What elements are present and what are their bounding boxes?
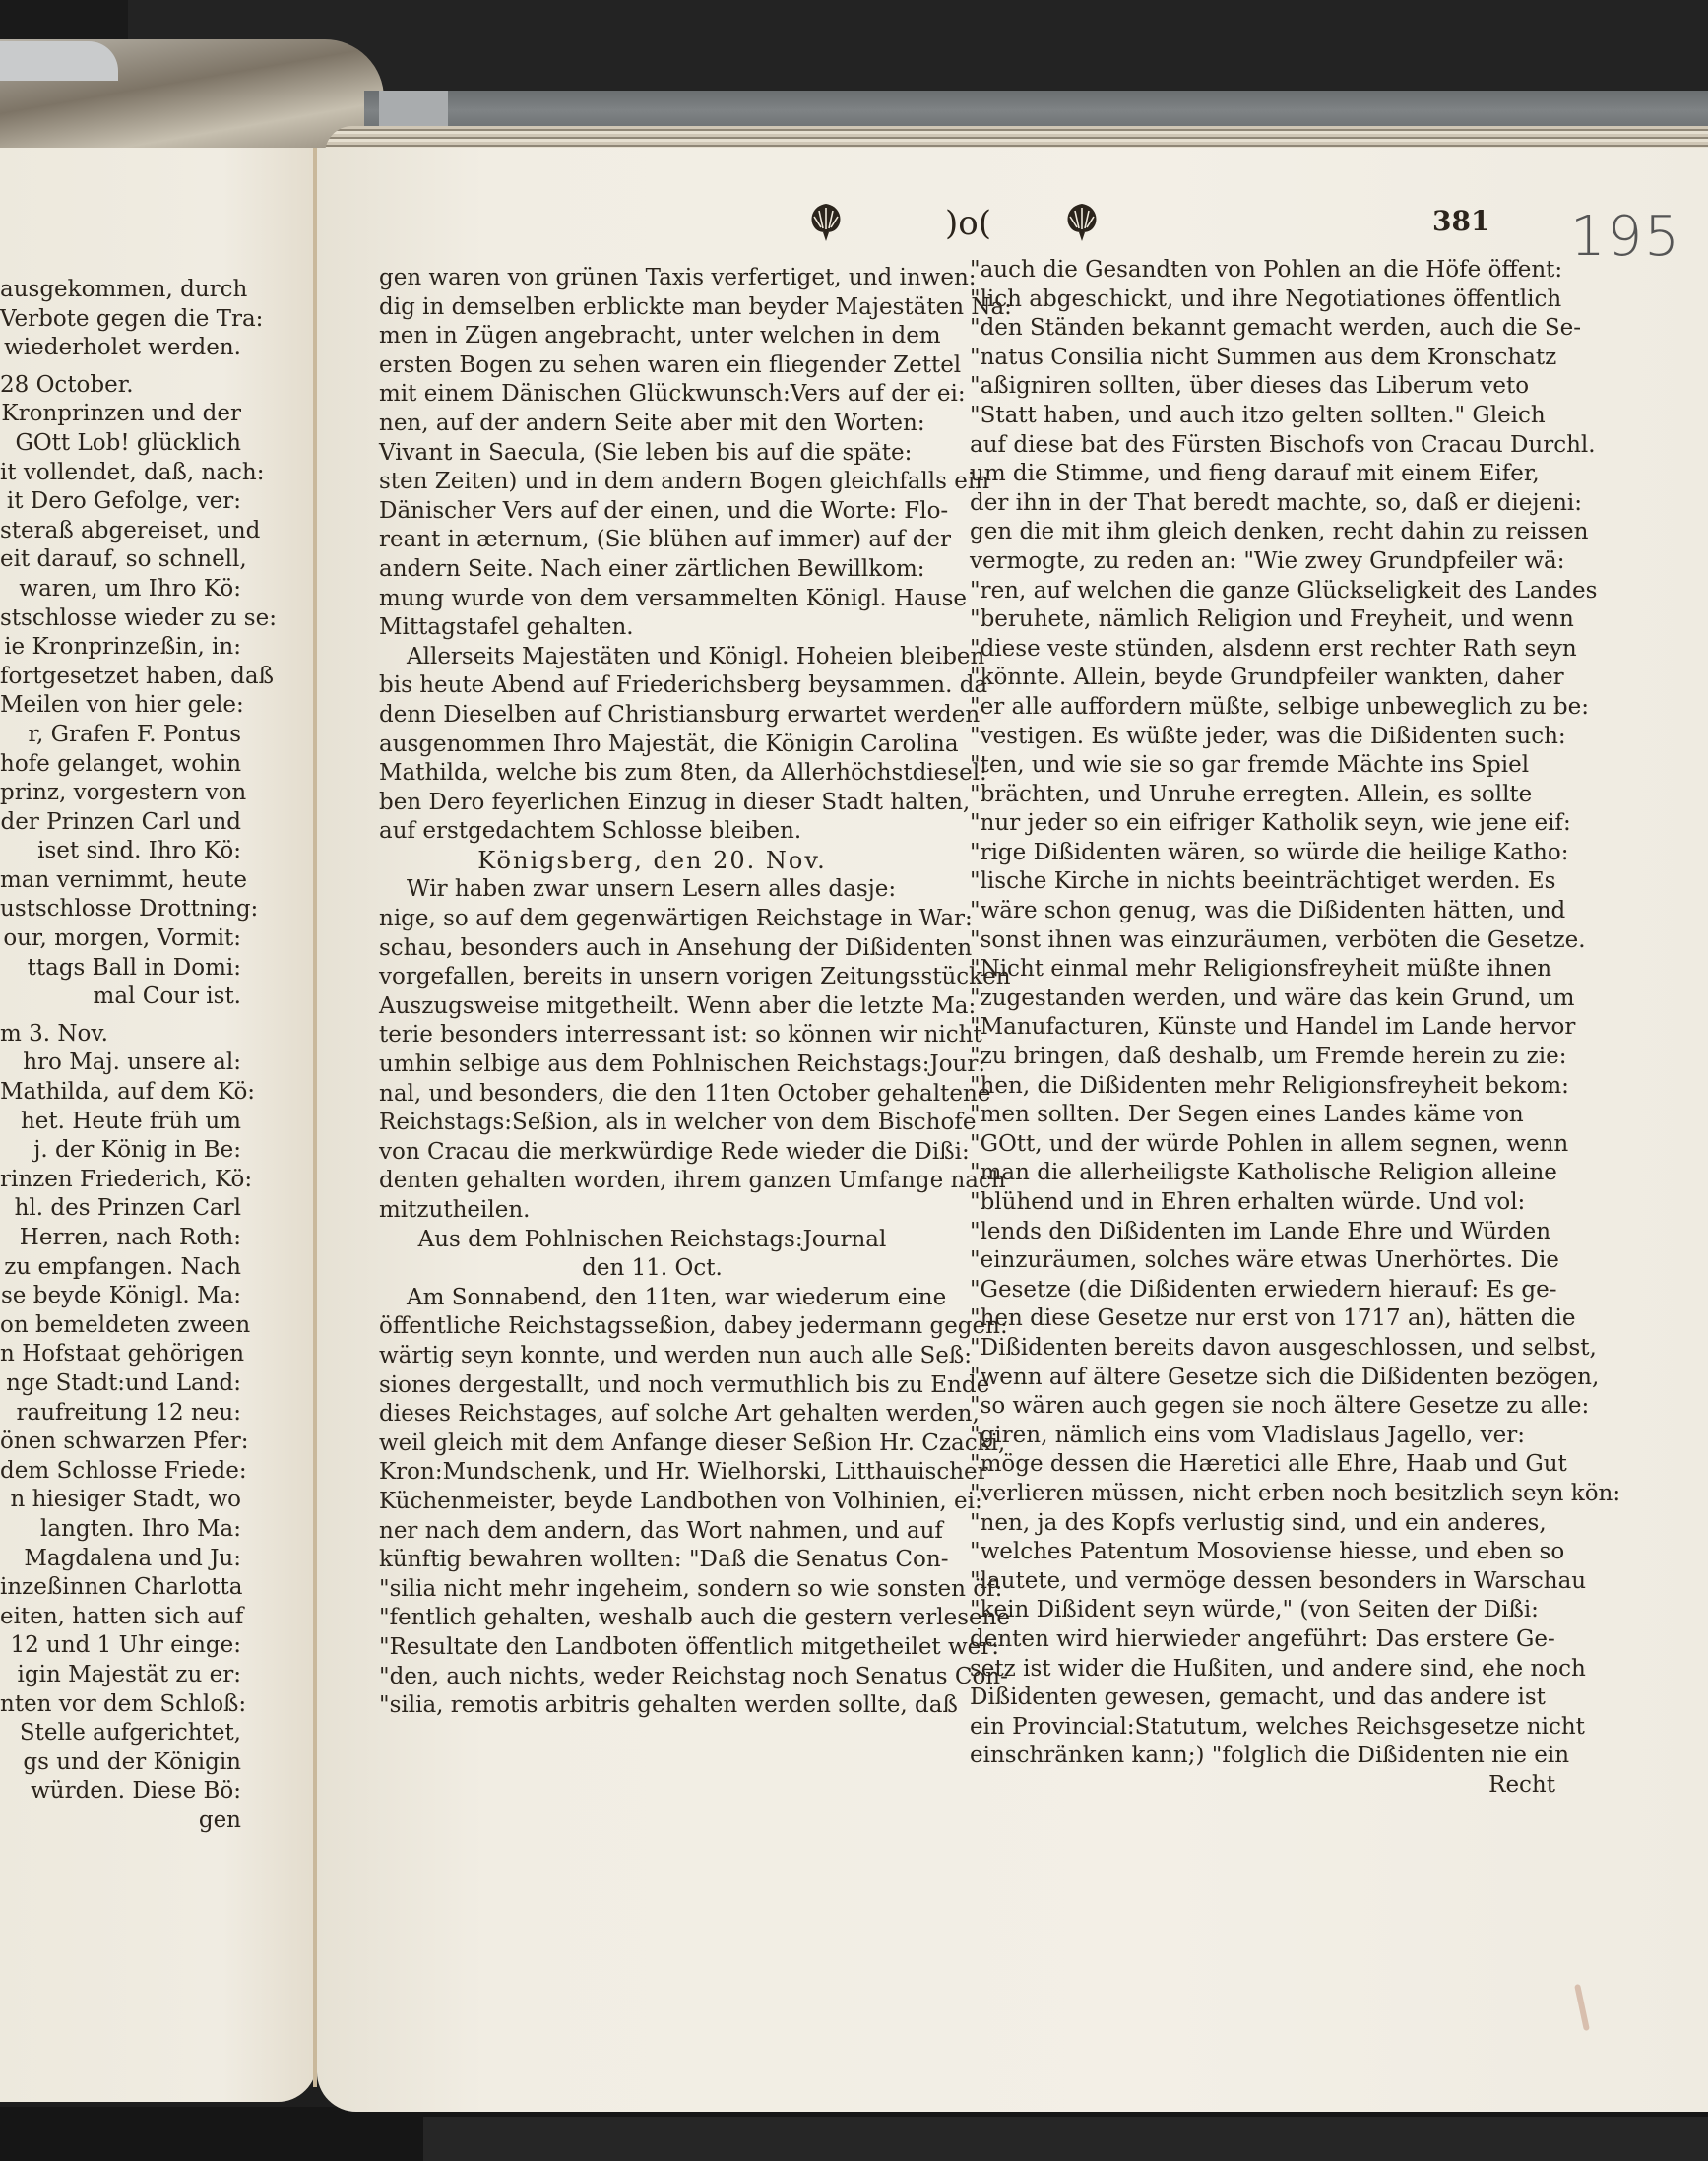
text-line: GOtt Lob! glücklich bbox=[0, 429, 241, 459]
text-line: dig in demselben erblickte man beyder Ma… bbox=[379, 293, 925, 323]
text-line: ie Kronprinzeßin, in: bbox=[0, 633, 241, 663]
text-line: um die Stimme, und fieng darauf mit eine… bbox=[970, 460, 1555, 489]
catchword: gen bbox=[0, 1807, 241, 1836]
text-line: "Gesetze (die Dißidenten erwiedern hiera… bbox=[970, 1276, 1555, 1305]
paragraph: Wir haben zwar unsern Lesern alles dasje… bbox=[379, 875, 925, 1225]
text-line: mit einem Dänischen Glückwunsch:Vers auf… bbox=[379, 380, 925, 410]
text-line: öffentliche Reichstagsseßion, dabey jede… bbox=[379, 1312, 925, 1342]
text-line: andern Seite. Nach einer zärtlichen Bewi… bbox=[379, 555, 925, 585]
section-heading-koenigsberg: Königsberg, den 20. Nov. bbox=[379, 847, 925, 876]
text-line: Magdalena und Ju: bbox=[0, 1545, 241, 1574]
page-header-ornaments: )o( bbox=[807, 202, 1122, 251]
text-line: auf diese bat des Fürsten Bischofs von C… bbox=[970, 431, 1555, 461]
section-heading-journal-date: den 11. Oct. bbox=[379, 1254, 925, 1284]
text-line: der ihn in der That beredt machte, so, d… bbox=[970, 489, 1555, 519]
text-line: dieses Reichstages, auf solche Art gehal… bbox=[379, 1400, 925, 1430]
text-line: "aßigniren sollten, über dieses das Libe… bbox=[970, 372, 1555, 402]
text-line: önen schwarzen Pfer: bbox=[0, 1428, 241, 1457]
text-line: "nen, ja des Kopfs verlustig sind, und e… bbox=[970, 1509, 1555, 1539]
text-line: ben Dero feyerlichen Einzug in dieser St… bbox=[379, 789, 925, 818]
text-line: "ren, auf welchen die ganze Glückseligke… bbox=[970, 577, 1555, 606]
text-line: "silia, remotis arbitris gehalten werden… bbox=[379, 1691, 925, 1721]
text-line: denn Dieselben auf Christiansburg erwart… bbox=[379, 701, 925, 731]
text-line: hofe gelanget, wohin bbox=[0, 750, 241, 780]
shell-ornament-icon bbox=[807, 202, 845, 243]
text-line: Herren, nach Roth: bbox=[0, 1224, 241, 1253]
catchword: Recht bbox=[970, 1771, 1555, 1801]
text-line: waren, um Ihro Kö: bbox=[0, 575, 241, 604]
text-line: Auszugsweise mitgetheilt. Wenn aber die … bbox=[379, 992, 925, 1022]
text-line: se beyde Königl. Ma: bbox=[0, 1282, 241, 1311]
dateline: 28 October. bbox=[0, 371, 241, 401]
text-line: n hiesiger Stadt, wo bbox=[0, 1486, 241, 1515]
text-line: langten. Ihro Ma: bbox=[0, 1515, 241, 1545]
text-line: von Cracau die merkwürdige Rede wieder d… bbox=[379, 1138, 925, 1168]
text-line: vorgefallen, bereits in unsern vorigen Z… bbox=[379, 963, 925, 992]
text-line: men in Zügen angebracht, unter welchen i… bbox=[379, 322, 925, 351]
text-line: "einzuräumen, solches wäre etwas Unerhör… bbox=[970, 1246, 1555, 1276]
text-line: raufreitung 12 neu: bbox=[0, 1399, 241, 1429]
text-line: Reichstags:Seßion, als in welcher von de… bbox=[379, 1109, 925, 1138]
text-line: it Dero Gefolge, ver: bbox=[0, 487, 241, 517]
text-line: "den Ständen bekannt gemacht werden, auc… bbox=[970, 314, 1555, 344]
middle-column: gen waren von grünen Taxis verfertiget, … bbox=[379, 264, 925, 1721]
text-line: ttags Ball in Domi: bbox=[0, 954, 241, 984]
text-line: "Dißidenten bereits davon ausgeschlossen… bbox=[970, 1334, 1555, 1364]
text-line: "vestigen. Es wüßte jeder, was die Dißid… bbox=[970, 723, 1555, 752]
text-line: hl. des Prinzen Carl bbox=[0, 1194, 241, 1224]
text-line: gs und der Königin bbox=[0, 1748, 241, 1778]
text-line: n Hofstaat gehörigen bbox=[0, 1340, 241, 1369]
text-line: weil gleich mit dem Anfange dieser Seßio… bbox=[379, 1430, 925, 1459]
text-line: Dißidenten gewesen, gemacht, und das and… bbox=[970, 1684, 1555, 1713]
text-line: eit darauf, so schnell, bbox=[0, 545, 241, 575]
text-line: "man die allerheiligste Katholische Reli… bbox=[970, 1159, 1555, 1188]
text-line: "wenn auf ältere Gesetze sich die Dißide… bbox=[970, 1364, 1555, 1393]
binding-cloth-patch bbox=[379, 91, 448, 130]
text-line: nge Stadt:und Land: bbox=[0, 1369, 241, 1399]
text-line: 12 und 1 Uhr einge: bbox=[0, 1631, 241, 1661]
text-line: "welches Patentum Mosoviense hiesse, und… bbox=[970, 1538, 1555, 1567]
text-line: Stelle aufgerichtet, bbox=[0, 1719, 241, 1748]
text-line: "nur jeder so ein eifriger Katholik seyn… bbox=[970, 809, 1555, 839]
text-line: "diese veste stünden, alsdenn erst recht… bbox=[970, 635, 1555, 665]
text-line: nal, und besonders, die den 11ten Octobe… bbox=[379, 1080, 925, 1110]
text-line: it vollendet, daß, nach: bbox=[0, 459, 241, 488]
text-line: "GOtt, und der würde Pohlen in allem seg… bbox=[970, 1130, 1555, 1160]
text-line: der Prinzen Carl und bbox=[0, 808, 241, 838]
binding-cloth-strip bbox=[364, 91, 1708, 130]
text-line: "Statt haben, und auch itzo gelten sollt… bbox=[970, 402, 1555, 431]
text-line: Allerseits Majestäten und Königl. Hoheie… bbox=[379, 643, 925, 672]
text-line: ausgekommen, durch bbox=[0, 276, 241, 305]
text-line: schau, besonders auch in Ansehung der Di… bbox=[379, 934, 925, 964]
text-line: j. der König in Be: bbox=[0, 1136, 241, 1166]
text-line: prinz, vorgestern von bbox=[0, 779, 241, 808]
text-line: "ten, und wie sie so gar fremde Mächte i… bbox=[970, 751, 1555, 781]
text-line: gen waren von grünen Taxis verfertiget, … bbox=[379, 264, 925, 293]
scanner-background-bottom-right bbox=[423, 2117, 1708, 2161]
text-line: siones dergestallt, und noch vermuthlich… bbox=[379, 1371, 925, 1401]
dateline: m 3. Nov. bbox=[0, 1020, 241, 1049]
text-line: ustschlosse Drottning: bbox=[0, 895, 241, 924]
text-line: "könnte. Allein, beyde Grundpfeiler wank… bbox=[970, 664, 1555, 693]
text-line: ausgenommen Ihro Majestät, die Königin C… bbox=[379, 731, 925, 760]
text-line: nige, so auf dem gegenwärtigen Reichstag… bbox=[379, 905, 925, 934]
text-line: auf erstgedachtem Schlosse bleiben. bbox=[379, 817, 925, 847]
text-line: het. Heute früh um bbox=[0, 1108, 241, 1137]
shell-ornament-icon bbox=[1063, 202, 1101, 243]
text-line: "er alle auffordern müßte, selbige unbew… bbox=[970, 693, 1555, 723]
text-line: sten Zeiten) und in dem andern Bogen gle… bbox=[379, 468, 925, 497]
section-heading-journal: Aus dem Pohlnischen Reichstags:Journal bbox=[379, 1226, 925, 1255]
text-line: "Nicht einmal mehr Religionsfreyheit müß… bbox=[970, 955, 1555, 985]
text-line: einschränken kann;) "folglich die Dißide… bbox=[970, 1742, 1555, 1771]
book-gutter bbox=[313, 148, 317, 2087]
text-line: denten gehalten worden, ihrem ganzen Umf… bbox=[379, 1167, 925, 1196]
text-line: "sonst ihnen was einzuräumen, verböten d… bbox=[970, 926, 1555, 956]
text-line: "möge dessen die Hæretici alle Ehre, Haa… bbox=[970, 1450, 1555, 1480]
text-line: "beruhete, nämlich Religion und Freyheit… bbox=[970, 605, 1555, 635]
text-line: eiten, hatten sich auf bbox=[0, 1603, 241, 1632]
text-line: Am Sonnabend, den 11ten, war wiederum ei… bbox=[379, 1284, 925, 1313]
text-line: wiederholet werden. bbox=[0, 334, 241, 363]
text-line: "zu bringen, daß deshalb, um Fremde here… bbox=[970, 1043, 1555, 1072]
left-page-column: ausgekommen, durch Verbote gegen die Tra… bbox=[0, 276, 241, 1835]
text-line: denten wird hierwieder angeführt: Das er… bbox=[970, 1625, 1555, 1655]
text-line: "lich abgeschickt, und ihre Negotiatione… bbox=[970, 286, 1555, 315]
text-line: "den, auch nichts, weder Reichstag noch … bbox=[379, 1663, 925, 1692]
text-line: mitzutheilen. bbox=[379, 1196, 925, 1226]
text-line: ein Provincial:Statutum, welches Reichsg… bbox=[970, 1713, 1555, 1743]
text-line: umhin selbige aus dem Pohlnischen Reichs… bbox=[379, 1050, 925, 1080]
text-line: terie besonders interressant ist: so kön… bbox=[379, 1021, 925, 1050]
text-line: mal Cour ist. bbox=[0, 983, 241, 1012]
text-line: "lische Kirche in nichts beeinträchtiget… bbox=[970, 867, 1555, 897]
text-line: rinzen Friederich, Kö: bbox=[0, 1166, 241, 1195]
text-line: "so wären auch gegen sie noch ältere Ges… bbox=[970, 1392, 1555, 1422]
right-column: "auch die Gesandten von Pohlen an die Hö… bbox=[970, 256, 1555, 1800]
text-line: "hen, die Dißidenten mehr Religionsfreyh… bbox=[970, 1072, 1555, 1102]
text-line: iset sind. Ihro Kö: bbox=[0, 837, 241, 866]
text-line: "hen diese Gesetze nur erst von 1717 an)… bbox=[970, 1304, 1555, 1334]
paragraph: Allerseits Majestäten und Königl. Hoheie… bbox=[379, 643, 925, 847]
text-line: Dänischer Vers auf der einen, und die Wo… bbox=[379, 497, 925, 527]
text-line: Mathilda, welche bis zum 8ten, da Allerh… bbox=[379, 759, 925, 789]
text-line: Wir haben zwar unsern Lesern alles dasje… bbox=[379, 875, 925, 905]
text-line: man vernimmt, heute bbox=[0, 866, 241, 896]
text-line: würden. Diese Bö: bbox=[0, 1777, 241, 1807]
text-line: "Resultate den Landboten öffentlich mitg… bbox=[379, 1633, 925, 1663]
text-line: wärtig seyn konnte, und werden nun auch … bbox=[379, 1342, 925, 1371]
text-line: "lautete, und vermöge dessen besonders i… bbox=[970, 1567, 1555, 1597]
text-line: bis heute Abend auf Friederichsberg beys… bbox=[379, 671, 925, 701]
text-line: "silia nicht mehr ingeheim, sondern so w… bbox=[379, 1575, 925, 1605]
text-line: "verlieren müssen, nicht erben noch besi… bbox=[970, 1480, 1555, 1509]
text-line: "auch die Gesandten von Pohlen an die Hö… bbox=[970, 256, 1555, 286]
text-line: gen die mit ihm gleich denken, recht dah… bbox=[970, 518, 1555, 547]
paragraph: gen waren von grünen Taxis verfertiget, … bbox=[379, 264, 925, 643]
text-line: ner nach dem andern, das Wort nahmen, un… bbox=[379, 1517, 925, 1547]
text-line: "brächten, und Unruhe erregten. Allein, … bbox=[970, 781, 1555, 810]
cloth-band bbox=[0, 41, 118, 81]
text-line: nten vor dem Schloß: bbox=[0, 1690, 241, 1720]
text-line: fortgesetzet haben, daß bbox=[0, 663, 241, 692]
text-line: hro Maj. unsere al: bbox=[0, 1049, 241, 1078]
text-line: künftig bewahren wollten: "Daß die Senat… bbox=[379, 1546, 925, 1575]
text-line: "lends den Dißidenten im Lande Ehre und … bbox=[970, 1218, 1555, 1247]
text-line: igin Majestät zu er: bbox=[0, 1661, 241, 1690]
text-line: "zugestanden werden, und wäre das kein G… bbox=[970, 985, 1555, 1014]
text-line: "rige Dißidenten wären, so würde die hei… bbox=[970, 839, 1555, 868]
text-line: r, Grafen F. Pontus bbox=[0, 721, 241, 750]
text-line: Vivant in Saecula, (Sie leben bis auf di… bbox=[379, 439, 925, 469]
text-line: our, morgen, Vormit: bbox=[0, 924, 241, 954]
archive-stamp-number: 195 bbox=[1570, 205, 1681, 269]
page-number: 381 bbox=[1432, 205, 1489, 237]
text-line: Kronprinzen und der bbox=[0, 400, 241, 429]
text-line: "fentlich gehalten, weshalb auch die ges… bbox=[379, 1604, 925, 1633]
text-line: "kein Dißident seyn würde," (von Seiten … bbox=[970, 1596, 1555, 1625]
text-line: "natus Consilia nicht Summen aus dem Kro… bbox=[970, 344, 1555, 373]
text-line: nen, auf der andern Seite aber mit den W… bbox=[379, 410, 925, 439]
text-line: "blühend und in Ehren erhalten würde. Un… bbox=[970, 1188, 1555, 1218]
text-line: ersten Bogen zu sehen waren ein fliegend… bbox=[379, 351, 925, 381]
text-line: dem Schlosse Friede: bbox=[0, 1457, 241, 1487]
paragraph: Am Sonnabend, den 11ten, war wiederum ei… bbox=[379, 1284, 925, 1721]
text-line: Kron:Mundschenk, und Hr. Wielhorski, Lit… bbox=[379, 1458, 925, 1488]
text-line: Verbote gegen die Tra: bbox=[0, 305, 241, 335]
text-line: "men sollten. Der Segen eines Landes käm… bbox=[970, 1101, 1555, 1130]
text-line: Mittagstafel gehalten. bbox=[379, 613, 925, 643]
text-line: zu empfangen. Nach bbox=[0, 1253, 241, 1283]
text-line: inzeßinnen Charlotta bbox=[0, 1573, 241, 1603]
text-line: Küchenmeister, beyde Landbothen von Volh… bbox=[379, 1488, 925, 1517]
text-line: stschlosse wieder zu se: bbox=[0, 604, 241, 634]
text-line: steraß abgereiset, und bbox=[0, 517, 241, 546]
text-line: on bemeldeten zween bbox=[0, 1311, 241, 1341]
text-line: mung wurde von dem versammelten Königl. … bbox=[379, 585, 925, 614]
text-line: setz ist wider die Hußiten, und andere s… bbox=[970, 1655, 1555, 1684]
text-line: "Manufacturen, Künste und Handel im Land… bbox=[970, 1013, 1555, 1043]
text-line: reant in æternum, (Sie blühen auf immer)… bbox=[379, 526, 925, 555]
text-line: Mathilda, auf dem Kö: bbox=[0, 1078, 241, 1108]
text-line: vermogte, zu reden an: "Wie zwey Grundpf… bbox=[970, 547, 1555, 577]
header-separator: )o( bbox=[945, 204, 991, 243]
text-line: "giren, nämlich eins vom Vladislaus Jage… bbox=[970, 1422, 1555, 1451]
text-line: Meilen von hier gele: bbox=[0, 691, 241, 721]
text-line: "wäre schon genug, was die Dißidenten hä… bbox=[970, 897, 1555, 926]
